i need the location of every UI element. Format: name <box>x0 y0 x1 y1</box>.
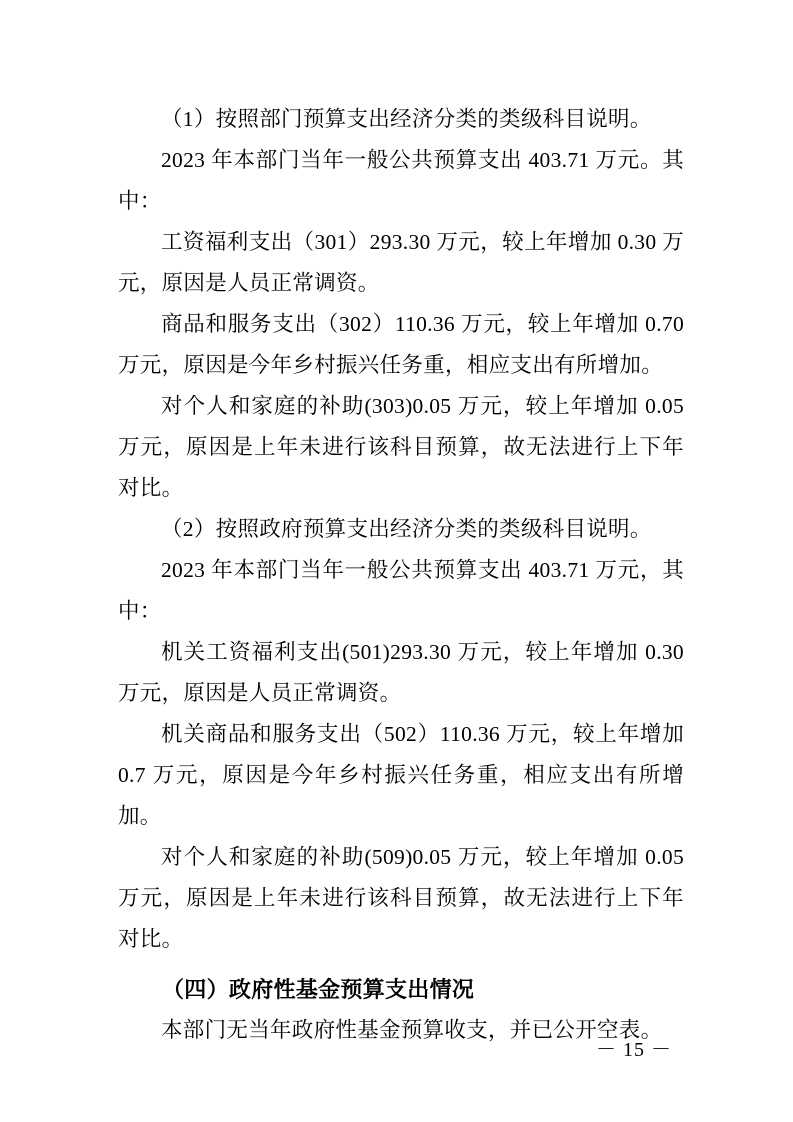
para-individual-family-subsidy-303: 对个人和家庭的补助(303)0.05 万元，较上年增加 0.05 万元，原因是上… <box>118 386 684 509</box>
para-agency-wage-welfare-501: 机关工资福利支出(501)293.30 万元，较上年增加 0.30 万元，原因是… <box>118 632 684 714</box>
para-dept-classification-note: （1）按照部门预算支出经济分类的类级科目说明。 <box>118 99 684 140</box>
para-total-budget-dept: 2023 年本部门当年一般公共预算支出 403.71 万元。其中： <box>118 140 684 222</box>
para-total-budget-gov: 2023 年本部门当年一般公共预算支出 403.71 万元，其中： <box>118 550 684 632</box>
section-heading-gov-fund-budget: （四）政府性基金预算支出情况 <box>118 969 684 1010</box>
para-gov-classification-note: （2）按照政府预算支出经济分类的类级科目说明。 <box>118 509 684 550</box>
para-wage-welfare-301: 工资福利支出（301）293.30 万元，较上年增加 0.30 万元，原因是人员… <box>118 222 684 304</box>
para-goods-services-302: 商品和服务支出（302）110.36 万元，较上年增加 0.70 万元，原因是今… <box>118 304 684 386</box>
document-body: （1）按照部门预算支出经济分类的类级科目说明。 2023 年本部门当年一般公共预… <box>118 99 684 1051</box>
para-agency-goods-services-502: 机关商品和服务支出（502）110.36 万元，较上年增加 0.7 万元，原因是… <box>118 714 684 837</box>
page-number: － 15 － <box>596 1038 672 1062</box>
document-page: （1）按照部门预算支出经济分类的类级科目说明。 2023 年本部门当年一般公共预… <box>0 0 793 1122</box>
para-individual-family-subsidy-509: 对个人和家庭的补助(509)0.05 万元，较上年增加 0.05 万元，原因是上… <box>118 837 684 960</box>
